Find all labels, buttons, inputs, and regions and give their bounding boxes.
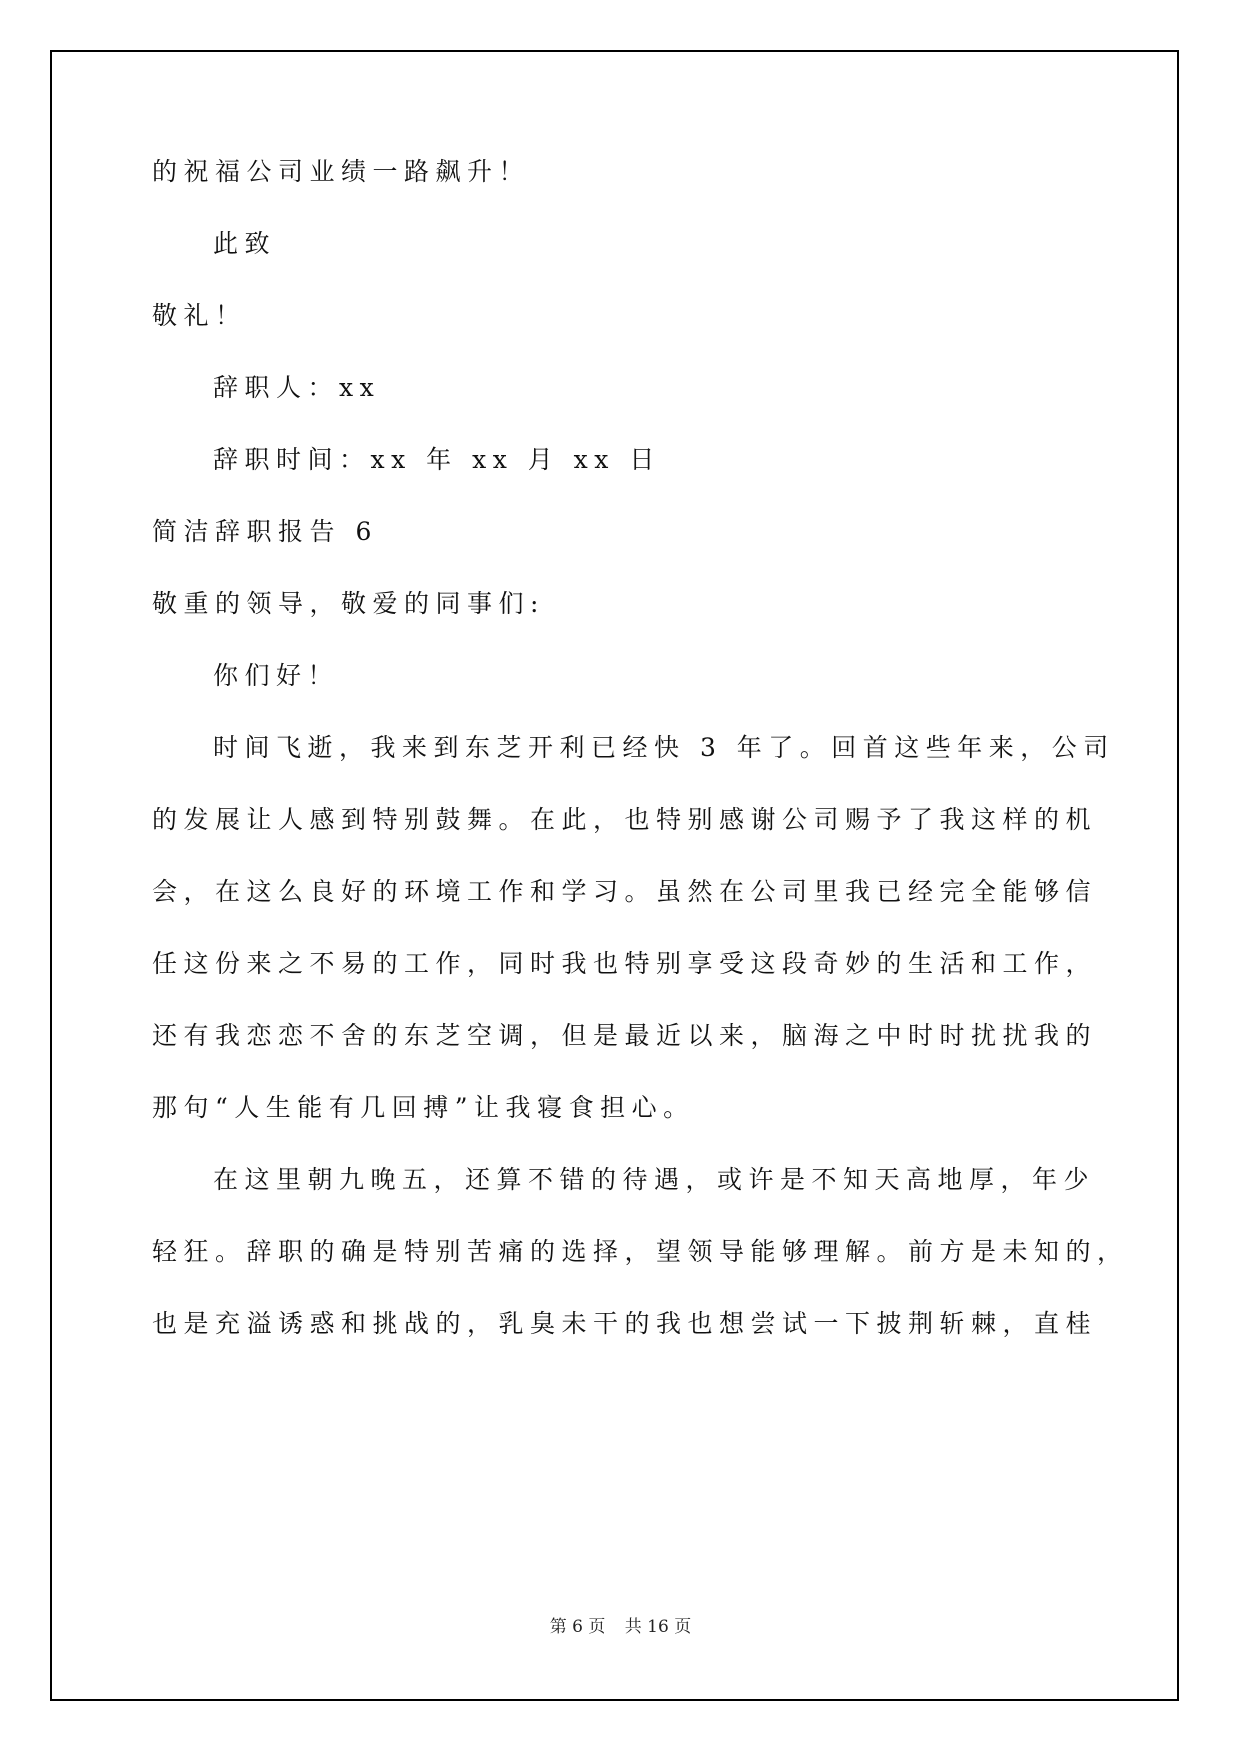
page-number: 第 6 页 — [550, 1617, 606, 1637]
greeting: 你们好！ — [213, 661, 339, 691]
paragraph-line: 的发展让人感到特别鼓舞。在此，也特别感谢公司赐予了我这样的机 — [152, 805, 1097, 835]
paragraph-line: 会，在这么良好的环境工作和学习。虽然在公司里我已经完全能够信 — [152, 877, 1097, 907]
page-footer: 第 6 页 共 16 页 — [0, 1612, 1241, 1637]
text-line: 敬礼！ — [152, 301, 247, 331]
paragraph-line: 那句“人生能有几回搏”让我寝食担心。 — [152, 1093, 695, 1123]
paragraph-line: 在这里朝九晚五，还算不错的待遇，或许是不知天高地厚，年少 — [213, 1165, 1095, 1195]
paragraph-line: 还有我恋恋不舍的东芝空调，但是最近以来，脑海之中时时扰扰我的 — [152, 1021, 1097, 1051]
paragraph-line: 任这份来之不易的工作，同时我也特别享受这段奇妙的生活和工作， — [152, 949, 1097, 979]
section-heading: 简洁辞职报告 6 — [152, 517, 378, 547]
paragraph-line: 轻狂。辞职的确是特别苦痛的选择，望领导能够理解。前方是未知的， — [152, 1237, 1129, 1267]
page-total: 共 16 页 — [625, 1617, 691, 1637]
text-line: 辞职人：xx — [213, 373, 380, 403]
text-line: 的祝福公司业绩一路飙升！ — [152, 157, 530, 187]
text-line: 辞职时间：xx 年 xx 月 xx 日 — [213, 445, 661, 475]
page-border — [50, 50, 1179, 1701]
text-line: 此致 — [213, 229, 276, 259]
salutation: 敬重的领导，敬爱的同事们: — [152, 589, 545, 619]
paragraph-line: 也是充溢诱惑和挑战的，乳臭未干的我也想尝试一下披荆斩棘，直桂 — [152, 1309, 1097, 1339]
paragraph-line: 时间飞逝，我来到东芝开利已经快 3 年了。回首这些年来，公司 — [213, 733, 1115, 763]
